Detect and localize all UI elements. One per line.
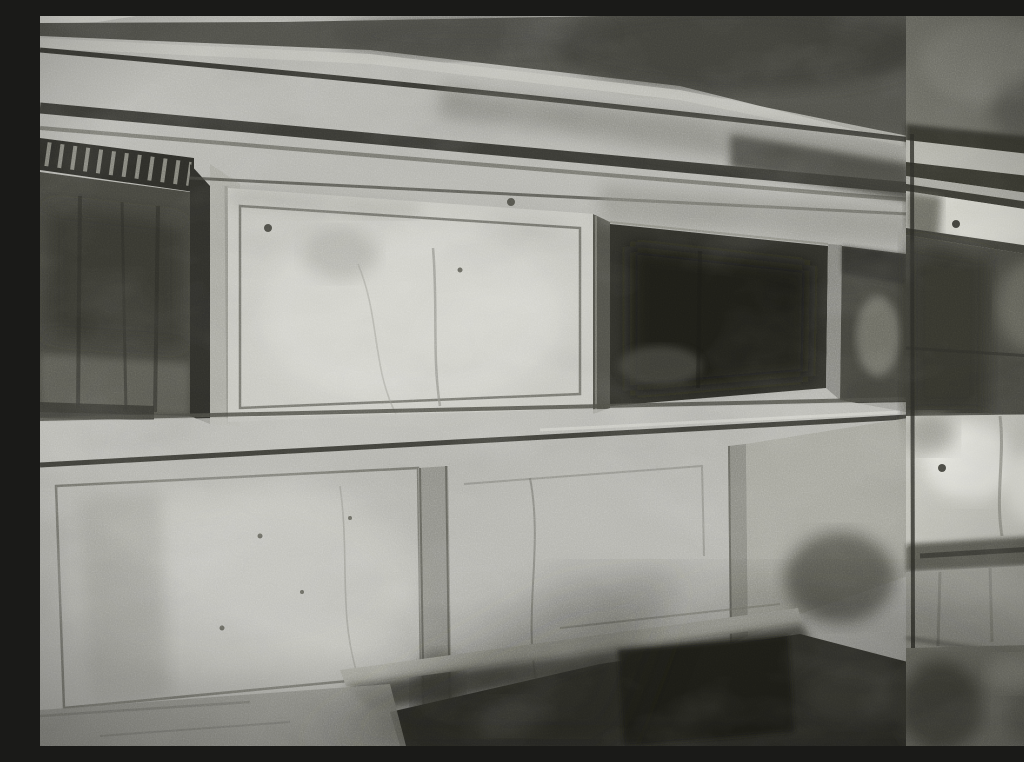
wall-photograph bbox=[40, 16, 1024, 746]
photo-canvas bbox=[40, 16, 1024, 746]
vignette bbox=[40, 16, 1024, 746]
texture-overlays bbox=[40, 16, 1024, 746]
